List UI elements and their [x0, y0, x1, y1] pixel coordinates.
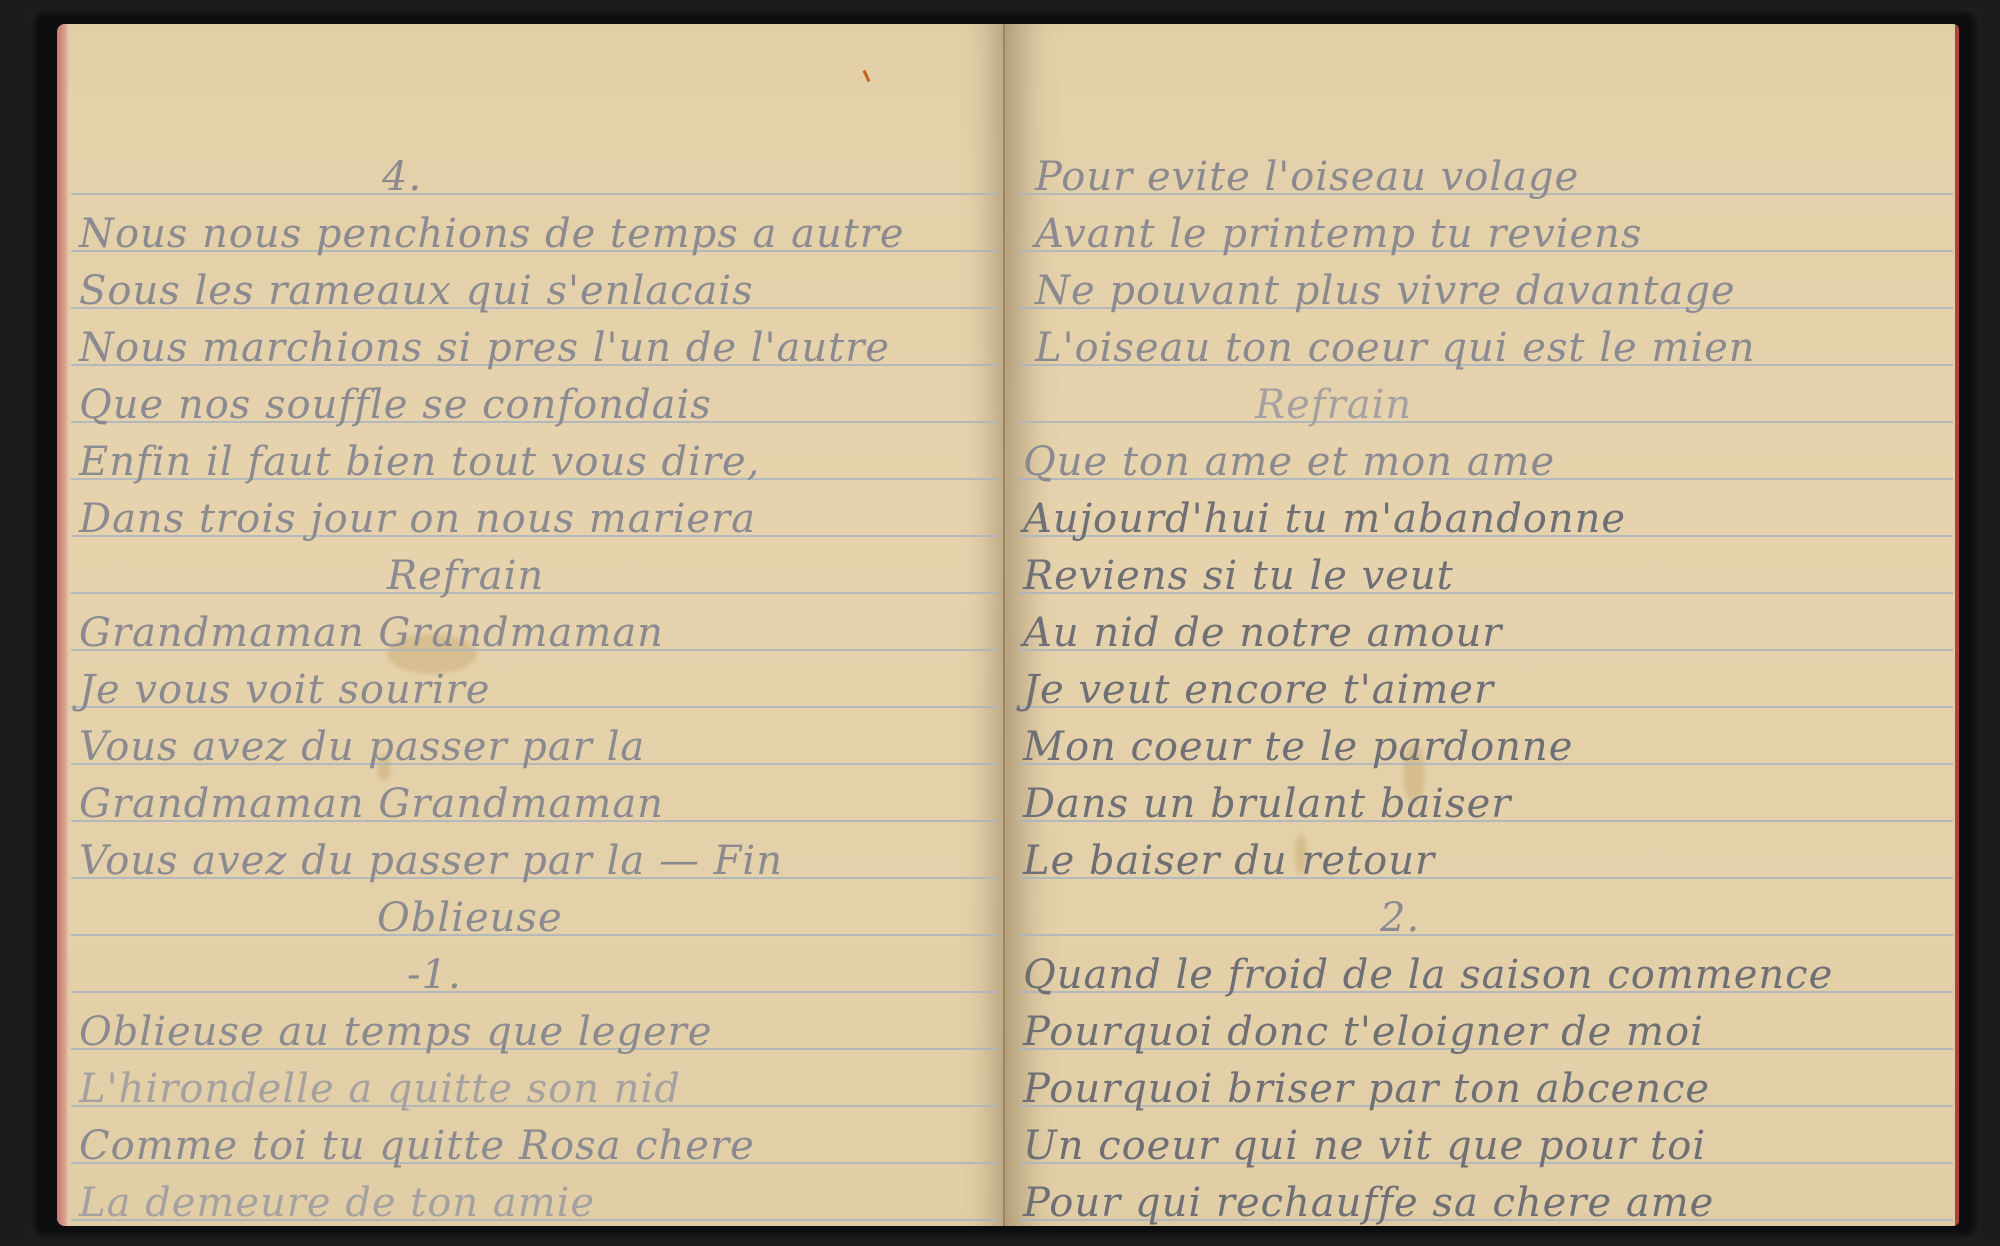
ruled-line [1019, 934, 1953, 936]
lyric-line: Je vous voit sourire [79, 670, 490, 710]
ruled-line [71, 991, 999, 993]
pencil-fleck [863, 70, 871, 82]
lyric-line: Mon coeur te le pardonne [1023, 727, 1573, 767]
lyric-line: Dans un brulant baiser [1023, 784, 1511, 824]
lyric-line: Oblieuse au temps que legere [79, 1012, 712, 1052]
lyric-line: Pourquoi donc t'eloigner de moi [1023, 1012, 1704, 1052]
lyric-line: Ne pouvant plus vivre davantage [1035, 271, 1736, 311]
lyric-line: Nous marchions si pres l'un de l'autre [79, 328, 890, 368]
lyric-line: Grandmaman Grandmaman [79, 613, 664, 653]
lyric-line: Que nos souffle se confondais [79, 385, 712, 425]
verse-number: 2. [1380, 898, 1420, 938]
lyric-line: Pour qui rechauffe sa chere ame [1023, 1183, 1714, 1223]
refrain-heading: Refrain [387, 556, 544, 596]
lyric-line: Nous nous penchions de temps a autre [79, 214, 905, 254]
lyric-line: Que ton ame et mon ame [1023, 442, 1555, 482]
ruled-line [71, 193, 999, 195]
lyric-line: Enfin il faut bien tout vous dire, [79, 442, 760, 482]
lyric-line: Aujourd'hui tu m'abandonne [1023, 499, 1626, 539]
lyric-line: Reviens si tu le veut [1023, 556, 1454, 596]
lyric-line: Grandmaman Grandmaman [79, 784, 664, 824]
lyric-line: Le baiser du retour [1023, 841, 1435, 881]
verse-number: -1. [407, 955, 462, 995]
lyric-line: La demeure de ton amie [79, 1183, 595, 1223]
lyric-line: Quand le froid de la saison commence [1023, 955, 1833, 995]
song-title: Oblieuse [377, 898, 563, 938]
refrain-heading: Refrain [1255, 385, 1412, 425]
lyric-line: Dans trois jour on nous mariera [79, 499, 756, 539]
verse-number: 4. [382, 157, 422, 197]
lyric-line: L'oiseau ton coeur qui est le mien [1035, 328, 1756, 368]
lyric-line: Vous avez du passer par la — Fin [79, 841, 783, 881]
lyric-line: Vous avez du passer par la [79, 727, 645, 767]
lyric-line: Sous les rameaux qui s'enlacais [79, 271, 754, 311]
right-page: Pour evite l'oiseau volage Avant le prin… [1005, 24, 1959, 1226]
lyric-line: Au nid de notre amour [1023, 613, 1502, 653]
lyric-line: Comme toi tu quitte Rosa chere [79, 1126, 755, 1166]
lyric-line: Pourquoi briser par ton abcence [1023, 1069, 1710, 1109]
left-page: 4. Nous nous penchions de temps a autre … [57, 24, 1005, 1226]
lyric-line: L'hirondelle a quitte son nid [79, 1069, 681, 1109]
lyric-line: Avant le printemp tu reviens [1035, 214, 1642, 254]
lyric-line: Je veut encore t'aimer [1023, 670, 1494, 710]
lyric-line: Pour evite l'oiseau volage [1035, 157, 1579, 197]
lyric-line: Un coeur qui ne vit que pour toi [1023, 1126, 1706, 1166]
ruled-line [1019, 421, 1953, 423]
